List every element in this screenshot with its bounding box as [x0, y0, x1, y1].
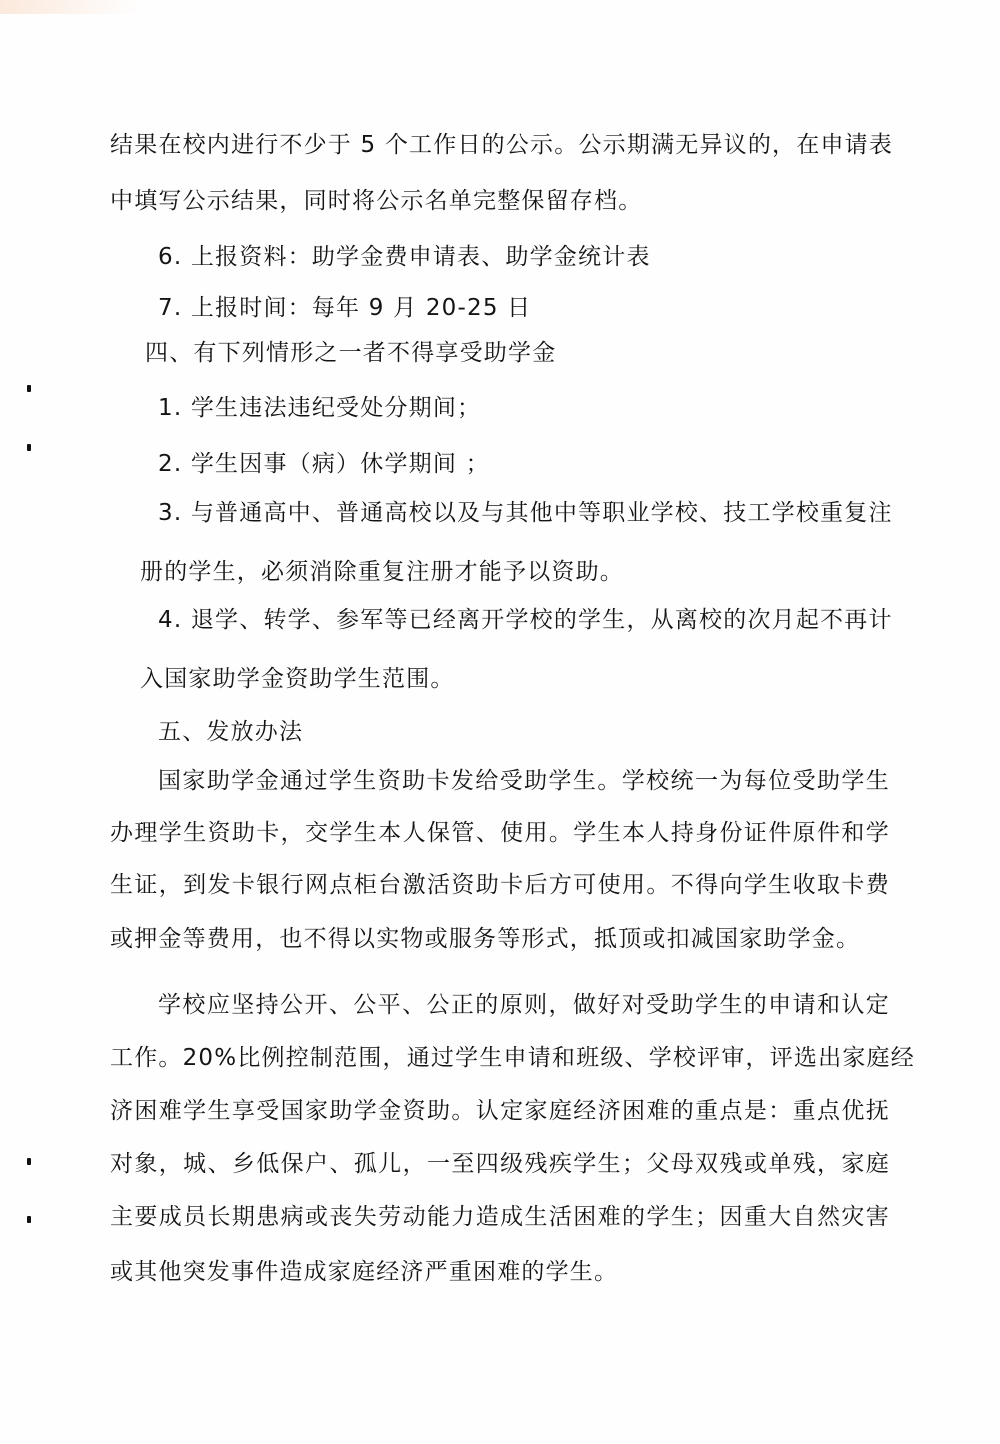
document-line: 1. 学生违法违纪受处分期间； — [158, 393, 481, 423]
document-line: 对象，城、乡低保户、孤儿，一至四级残疾学生；父母双残或单残，家庭 — [110, 1149, 890, 1179]
document-line: 4. 退学、转学、参军等已经离开学校的学生，从离校的次月起不再计 — [158, 605, 890, 635]
document-line: 生证，到发卡银行网点柜台激活资助卡后方可使用。不得向学生收取卡费 — [110, 870, 890, 900]
document-line: 或其他突发事件造成家庭经济严重困难的学生。 — [110, 1257, 618, 1287]
binding-hole-mark — [27, 385, 31, 392]
document-line: 学校应坚持公开、公平、公正的原则，做好对受助学生的申请和认定 — [158, 990, 890, 1020]
document-line: 工作。20%比例控制范围，通过学生申请和班级、学校评审，评选出家庭经 — [110, 1043, 890, 1073]
document-line: 册的学生，必须消除重复注册才能予以资助。 — [140, 557, 624, 587]
document-line: 四、有下列情形之一者不得享受助学金 — [145, 338, 556, 368]
document-line: 济困难学生享受国家助学金资助。认定家庭经济困难的重点是：重点优抚 — [110, 1096, 890, 1126]
document-line: 中填写公示结果，同时将公示名单完整保留存档。 — [110, 186, 642, 216]
document-line: 入国家助学金资助学生范围。 — [140, 664, 455, 694]
binding-hole-mark — [27, 1158, 31, 1165]
binding-hole-mark — [27, 444, 31, 451]
document-line: 结果在校内进行不少于 5 个工作日的公示。公示期满无异议的，在申请表 — [110, 130, 890, 160]
scanned-document-page: 结果在校内进行不少于 5 个工作日的公示。公示期满无异议的，在申请表中填写公示结… — [0, 0, 1000, 1444]
document-line: 五、发放办法 — [158, 717, 303, 747]
document-line: 7. 上报时间：每年 9 月 20-25 日 — [158, 293, 531, 323]
document-line: 或押金等费用，也不得以实物或服务等形式，抵顶或扣减国家助学金。 — [110, 924, 860, 954]
binding-hole-mark — [27, 1216, 31, 1223]
document-line: 国家助学金通过学生资助卡发给受助学生。学校统一为每位受助学生 — [158, 766, 890, 796]
scan-edge-artifact — [0, 0, 140, 14]
document-line: 主要成员长期患病或丧失劳动能力造成生活困难的学生；因重大自然灾害 — [110, 1202, 890, 1232]
document-line: 办理学生资助卡，交学生本人保管、使用。学生本人持身份证件原件和学 — [110, 818, 890, 848]
document-line: 3. 与普通高中、普通高校以及与其他中等职业学校、技工学校重复注 — [158, 498, 890, 528]
document-line: 6. 上报资料：助学金费申请表、助学金统计表 — [158, 242, 651, 272]
document-line: 2. 学生因事（病）休学期间 ； — [158, 449, 490, 479]
